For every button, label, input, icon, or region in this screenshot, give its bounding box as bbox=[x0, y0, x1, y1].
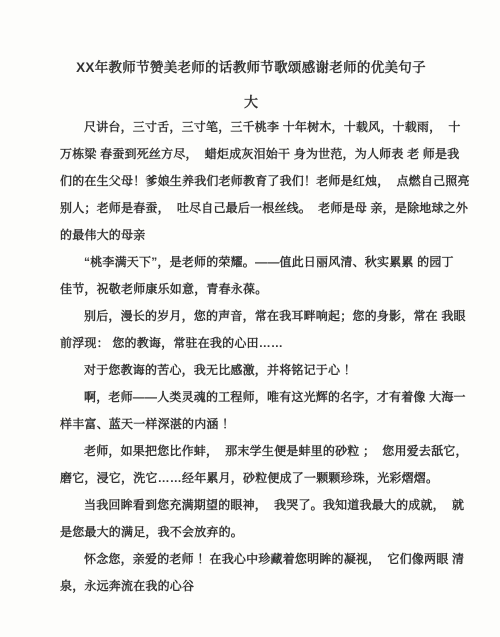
paragraph-line: 当我回眸看到您充满期望的眼神， 我哭了。我知道我最大的成就， 就 bbox=[60, 492, 442, 519]
paragraph-line: 的最伟大的母亲 bbox=[60, 222, 442, 249]
paragraph: 对于您教诲的苦心，我无比感激，并将铭记于心 ！ bbox=[60, 357, 442, 384]
document-title: XX年教师节赞美老师的话教师节歌颂感谢老师的优美句子 bbox=[60, 58, 442, 78]
paragraph-line: 们的在生父母！爹娘生养我们老师教育了我们！老师是红烛， 点燃自己照亮 bbox=[60, 168, 442, 195]
paragraph-line: 佳节，祝敬老师康乐如意，青春永葆。 bbox=[60, 276, 442, 303]
paragraph-line: 前浮现： 您的教诲，常驻在我的心田…… bbox=[60, 330, 442, 357]
paragraph-line: 样丰富、蓝天一样深湛的内涵 ！ bbox=[60, 411, 442, 438]
paragraph-line: 啊，老师——人类灵魂的工程师，唯有这光辉的名字，才有着像 大海一 bbox=[60, 384, 442, 411]
paragraph: 怀念您，亲爱的老师 ！在我心中珍藏着您明眸的凝视， 它们像两眼 清 泉，永远奔流… bbox=[60, 546, 442, 600]
paragraph-line: 泉，永远奔流在我的心谷 bbox=[60, 573, 442, 600]
paragraph: 啊，老师——人类灵魂的工程师，唯有这光辉的名字，才有着像 大海一 样丰富、蓝天一… bbox=[60, 384, 442, 438]
document-page: XX年教师节赞美老师的话教师节歌颂感谢老师的优美句子 大 尺讲台，三寸舌，三寸笔… bbox=[0, 0, 500, 637]
paragraph: 尺讲台，三寸舌，三寸笔，三千桃李 十年树木，十载风，十载雨， 十 万栋梁 春蚕到… bbox=[60, 114, 442, 249]
paragraph-line: 万栋梁 春蚕到死丝方尽， 蜡炬成灰泪始干 身为世范，为人师表 老 师是我 bbox=[60, 141, 442, 168]
paragraph: 当我回眸看到您充满期望的眼神， 我哭了。我知道我最大的成就， 就 是您最大的满足… bbox=[60, 492, 442, 546]
paragraph-line: 磨它，浸它，洗它……经年累月，砂粒便成了一颗颗珍珠，光彩熠熠。 bbox=[60, 465, 442, 492]
paragraph: 别后，漫长的岁月，您的声音，常在我耳畔响起；您的身影，常在 我眼 前浮现： 您的… bbox=[60, 303, 442, 357]
paragraph-line: “桃李满天下”，是老师的荣耀。——值此日丽风清、秋实累累 的园丁 bbox=[60, 249, 442, 276]
paragraph-line: 别人；老师是春蚕， 吐尽自己最后一根丝线。 老师是母 亲，是除地球之外 bbox=[60, 195, 442, 222]
paragraph-line: 怀念您，亲爱的老师 ！在我心中珍藏着您明眸的凝视， 它们像两眼 清 bbox=[60, 546, 442, 573]
paragraph: 老师，如果把您比作蚌， 那末学生便是蚌里的砂粒 ； 您用爱去舐它， 磨它，浸它，… bbox=[60, 438, 442, 492]
document-subtitle: 大 bbox=[60, 92, 442, 112]
paragraph: “桃李满天下”，是老师的荣耀。——值此日丽风清、秋实累累 的园丁 佳节，祝敬老师… bbox=[60, 249, 442, 303]
paragraph-line: 是您最大的满足，我不会放弃的。 bbox=[60, 519, 442, 546]
paragraph-line: 老师，如果把您比作蚌， 那末学生便是蚌里的砂粒 ； 您用爱去舐它， bbox=[60, 438, 442, 465]
paragraph-line: 对于您教诲的苦心，我无比感激，并将铭记于心 ！ bbox=[60, 357, 442, 384]
paragraph-line: 尺讲台，三寸舌，三寸笔，三千桃李 十年树木，十载风，十载雨， 十 bbox=[60, 114, 442, 141]
paragraph-line: 别后，漫长的岁月，您的声音，常在我耳畔响起；您的身影，常在 我眼 bbox=[60, 303, 442, 330]
document-body: 尺讲台，三寸舌，三寸笔，三千桃李 十年树木，十载风，十载雨， 十 万栋梁 春蚕到… bbox=[60, 114, 442, 600]
